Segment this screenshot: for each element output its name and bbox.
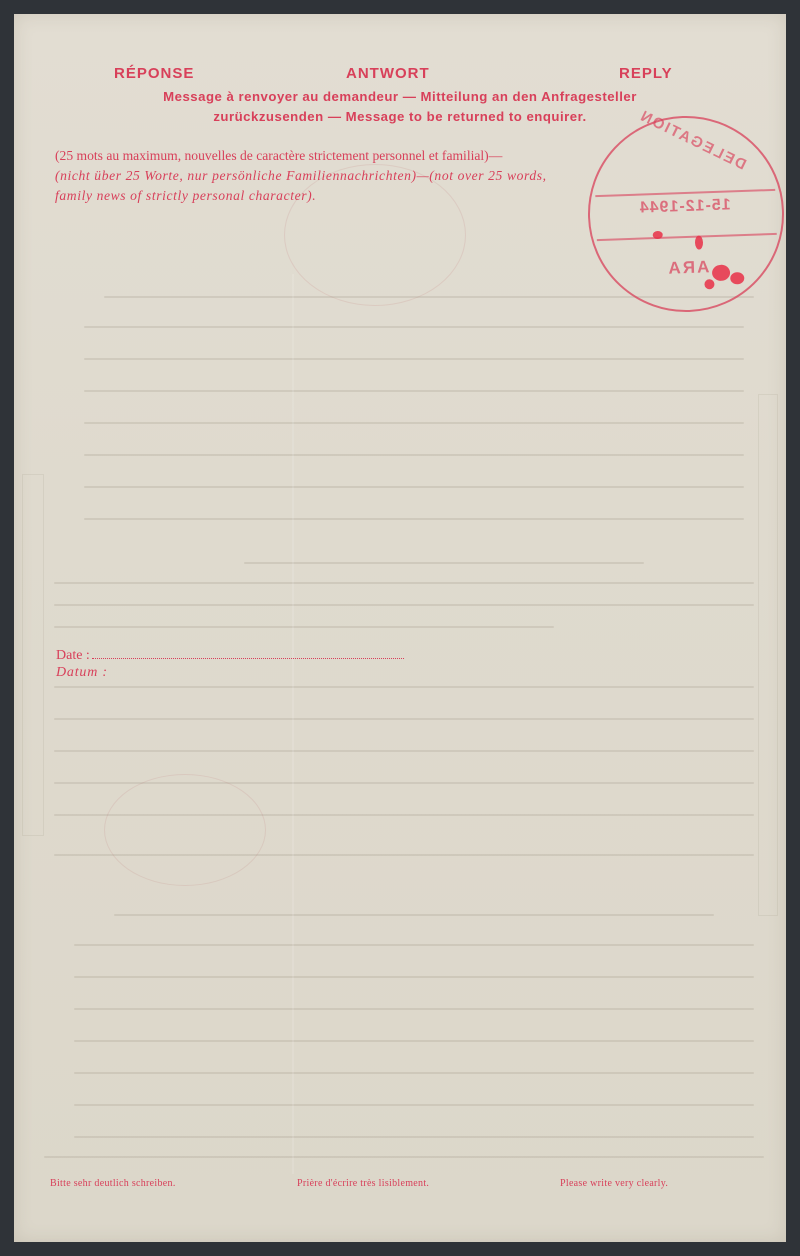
reply-form-sheet: RÉPONSE ANTWORT REPLY Message à renvoyer… [14, 14, 786, 1242]
bleed-through-frame [758, 394, 778, 916]
bleed-through-line [84, 518, 744, 520]
date-field[interactable]: Date : Datum : [56, 647, 404, 681]
bleed-through-line [74, 1104, 754, 1106]
date-input-line[interactable] [92, 648, 404, 659]
bleed-through-line [54, 686, 754, 688]
title-german: ANTWORT [346, 65, 430, 82]
footer-french: Prière d'écrire très lisiblement. [297, 1178, 429, 1189]
bleed-through-line [84, 390, 744, 392]
bleed-through-line [44, 1156, 764, 1158]
footer-instructions: Bitte sehr deutlich schreiben. Prière d'… [14, 1178, 786, 1194]
stamp-date: 15-12-1944 [609, 195, 760, 218]
bleed-through-line [54, 604, 754, 606]
bleed-through-line [84, 358, 744, 360]
bleed-through-line [244, 562, 644, 564]
header-titles: RÉPONSE ANTWORT REPLY [14, 65, 786, 87]
bleed-through-line [54, 582, 754, 584]
bleed-through-stamp [104, 774, 266, 886]
stamp-band-bottom [597, 233, 777, 241]
bleed-through-line [84, 486, 744, 488]
ink-blot [704, 279, 714, 289]
ink-blot [712, 265, 731, 282]
bleed-through-line [74, 1008, 754, 1010]
fold-crease [292, 274, 294, 1174]
bleed-through-frame [22, 474, 44, 836]
bleed-through-line [74, 1136, 754, 1138]
bleed-through-line [54, 718, 754, 720]
bleed-through-line [84, 422, 744, 424]
date-label: Date : [56, 647, 90, 664]
bleed-through-line [84, 326, 744, 328]
ink-blot [730, 272, 744, 284]
footer-german: Bitte sehr deutlich schreiben. [50, 1178, 176, 1189]
bleed-through-line [74, 944, 754, 946]
bleed-through-line [74, 1040, 754, 1042]
datum-label: Datum : [56, 664, 404, 681]
footer-english: Please write very clearly. [560, 1178, 668, 1189]
bleed-through-line [54, 750, 754, 752]
title-english: REPLY [619, 65, 673, 82]
postmark-stamp: DELEGATION 15-12-1944 ARA [585, 113, 788, 316]
bleed-through-line [54, 626, 554, 628]
title-french: RÉPONSE [114, 65, 194, 82]
bleed-through-line [74, 1072, 754, 1074]
bleed-through-line [114, 914, 714, 916]
bleed-through-line [74, 976, 754, 978]
ink-blot [695, 235, 703, 249]
bleed-through-line [84, 454, 744, 456]
return-instruction-line-1: Message à renvoyer au demandeur — Mittei… [44, 87, 756, 107]
